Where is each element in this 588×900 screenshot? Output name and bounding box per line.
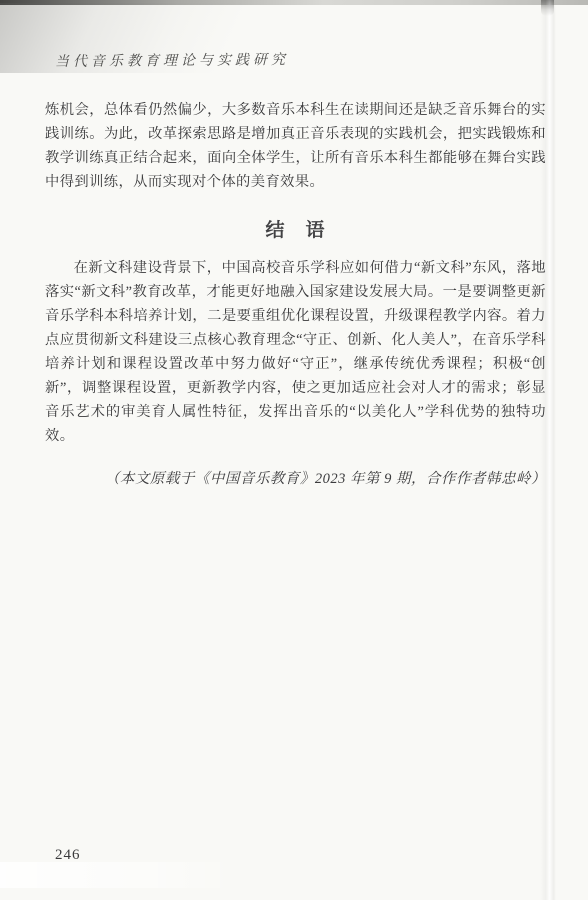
section-heading-conclusion: 结 语 bbox=[45, 215, 546, 242]
paragraph-conclusion: 在新文科建设背景下，中国高校音乐学科应如何借力“新文科”东风，落地落实“新文科”… bbox=[45, 256, 546, 448]
book-page: 当代音乐教育理论与实践研究 炼机会，总体看仍然偏少，大多数音乐本科生在读期间还是… bbox=[0, 0, 588, 900]
attribution-line: （本文原载于《中国音乐教育》2023 年第 9 期，合作作者韩忠岭） bbox=[45, 468, 546, 490]
text-column: 炼机会，总体看仍然偏少，大多数音乐本科生在读期间还是缺乏音乐舞台的实践训练。为此… bbox=[45, 98, 546, 490]
scan-fold-top-mark bbox=[541, 0, 554, 16]
page-number: 246 bbox=[55, 847, 81, 864]
paragraph-continuation: 炼机会，总体看仍然偏少，大多数音乐本科生在读期间还是缺乏音乐舞台的实践训练。为此… bbox=[45, 98, 546, 194]
running-header: 当代音乐教育理论与实践研究 bbox=[55, 49, 289, 71]
scan-bottom-highlight bbox=[0, 862, 235, 888]
